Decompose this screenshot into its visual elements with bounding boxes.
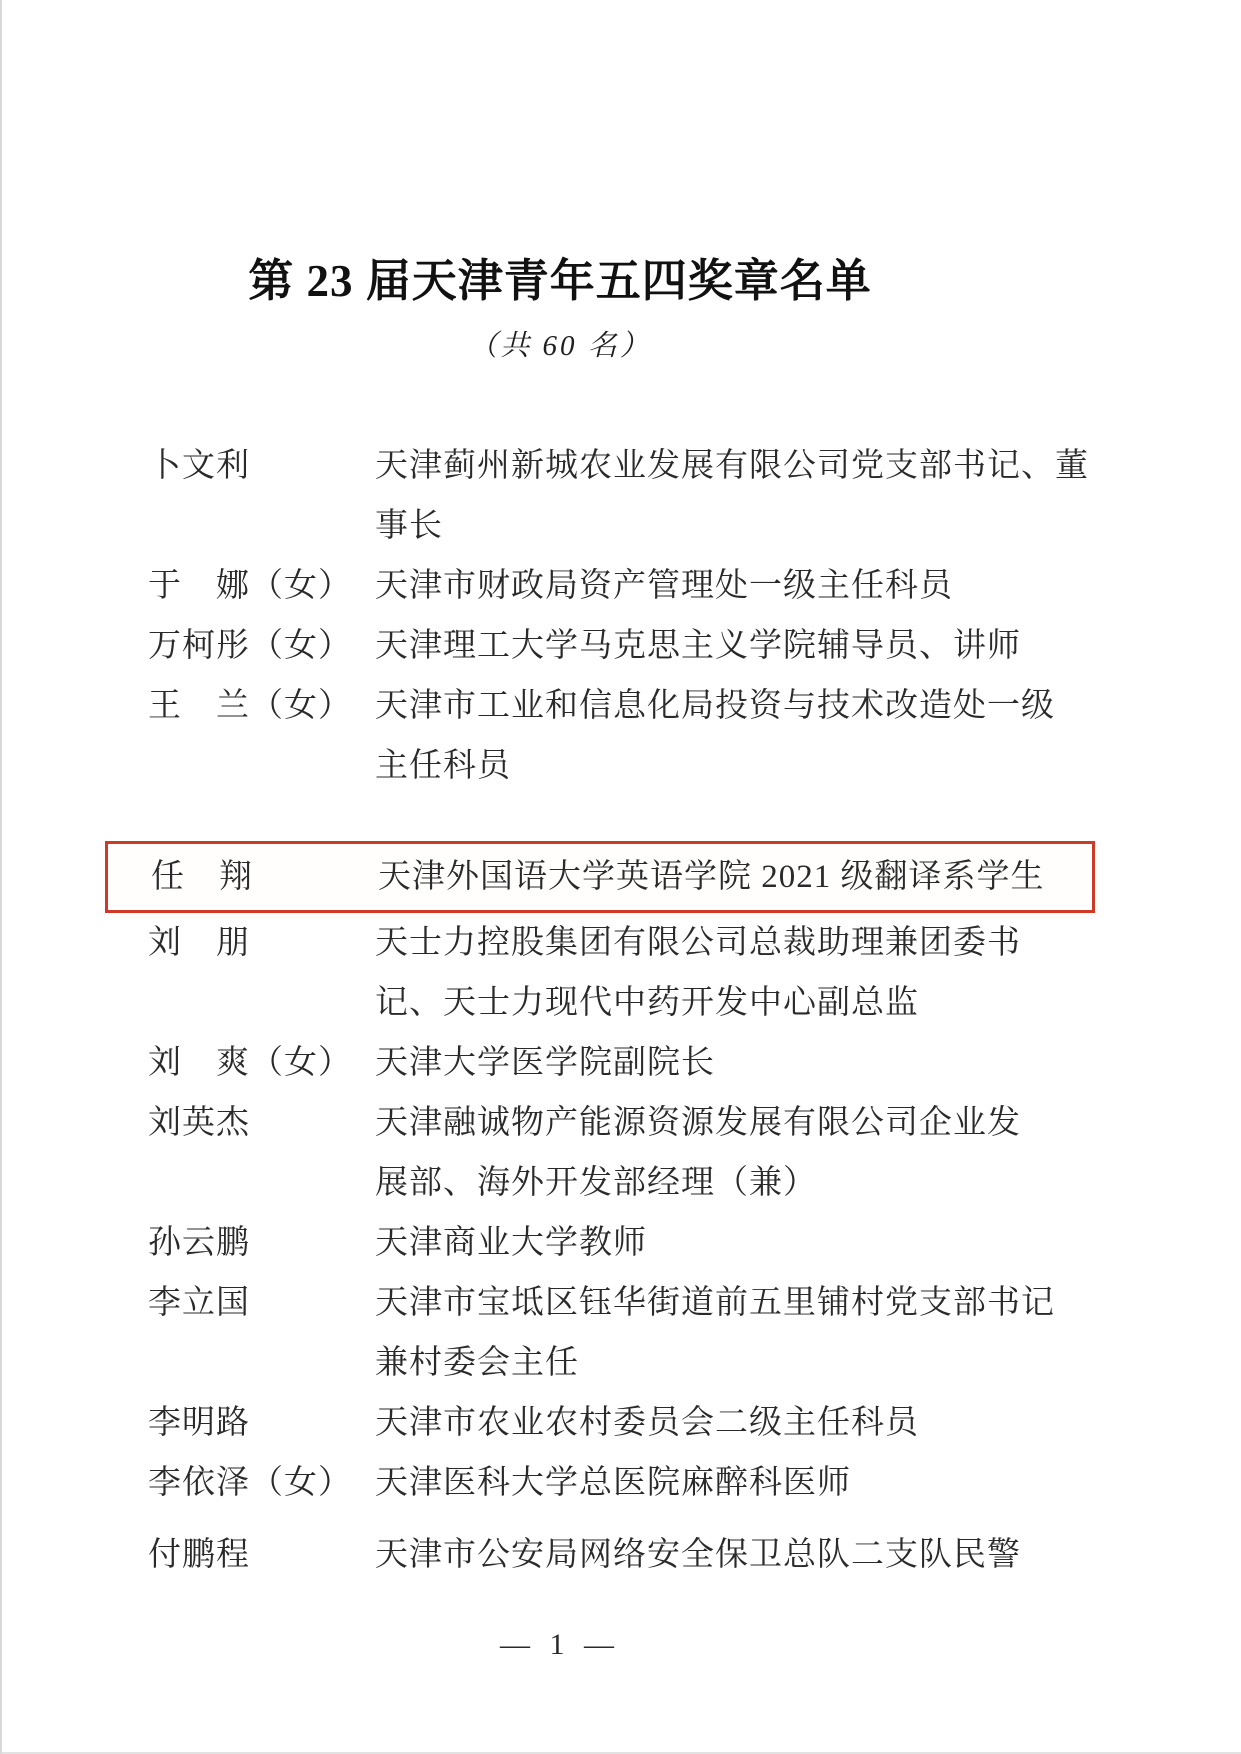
list-item: 刘英杰 天津融诚物产能源资源发展有限公司企业发 展部、海外开发部经理（兼） (0, 1093, 1241, 1213)
recipient-title-line: 天津市公安局网络安全保卫总队二支队民警 (375, 1525, 1115, 1585)
recipient-title: 天津融诚物产能源资源发展有限公司企业发 展部、海外开发部经理（兼） (375, 1093, 1115, 1213)
recipient-title-line: 事长 (375, 496, 1115, 556)
recipient-name: 王 兰（女） (148, 676, 375, 796)
recipient-title-line: 天津市宝坻区钰华街道前五里铺村党支部书记 (375, 1273, 1115, 1333)
recipient-title-line: 天津理工大学马克思主义学院辅导员、讲师 (375, 616, 1115, 676)
recipient-name: 卜文利 (148, 436, 375, 556)
recipient-title-line: 天津蓟州新城农业发展有限公司党支部书记、董 (375, 436, 1115, 496)
recipient-name: 于 娜（女） (148, 556, 375, 616)
recipient-name: 孙云鹏 (148, 1213, 375, 1273)
recipient-title-line: 兼村委会主任 (375, 1333, 1115, 1393)
recipient-title-line: 天津市工业和信息化局投资与技术改造处一级 (375, 676, 1115, 736)
list-item: 王 兰（女） 天津市工业和信息化局投资与技术改造处一级 主任科员 (0, 676, 1241, 796)
recipient-title-line: 天士力控股集团有限公司总裁助理兼团委书 (375, 913, 1115, 973)
recipient-title: 天津市财政局资产管理处一级主任科员 (375, 556, 1115, 616)
recipient-title-line: 天津市财政局资产管理处一级主任科员 (375, 556, 1115, 616)
recipient-name: 付鹏程 (148, 1525, 375, 1585)
title-block: 第 23 届天津青年五四奖章名单 （共 60 名） (0, 0, 1120, 366)
list-item: 李明路 天津市农业农村委员会二级主任科员 (0, 1393, 1241, 1453)
page-subtitle: （共 60 名） (0, 326, 1120, 366)
recipient-title: 天津外国语大学英语学院 2021 级翻译系学生 (378, 844, 1092, 910)
award-recipient-list: 卜文利 天津蓟州新城农业发展有限公司党支部书记、董 事长 于 娜（女） 天津市财… (0, 436, 1241, 1585)
highlight-box: 任 翔 天津外国语大学英语学院 2021 级翻译系学生 (105, 841, 1095, 913)
list-item: 刘 朋 天士力控股集团有限公司总裁助理兼团委书 记、天士力现代中药开发中心副总监 (0, 913, 1241, 1033)
recipient-title-line: 天津大学医学院副院长 (375, 1033, 1115, 1093)
page-number: — 1 — (0, 1625, 1120, 1665)
list-item: 孙云鹏 天津商业大学教师 (0, 1213, 1241, 1273)
list-item: 万柯彤（女） 天津理工大学马克思主义学院辅导员、讲师 (0, 616, 1241, 676)
list-item: 李依泽（女） 天津医科大学总医院麻醉科医师 (0, 1453, 1241, 1513)
recipient-title: 天津市公安局网络安全保卫总队二支队民警 (375, 1525, 1115, 1585)
recipient-name: 李立国 (148, 1273, 375, 1393)
recipient-title-line: 主任科员 (375, 736, 1115, 796)
recipient-name: 李依泽（女） (148, 1453, 375, 1513)
recipient-name: 李明路 (148, 1393, 375, 1453)
list-item: 刘 爽（女） 天津大学医学院副院长 (0, 1033, 1241, 1093)
recipient-name: 刘 爽（女） (148, 1033, 375, 1093)
recipient-title: 天津市宝坻区钰华街道前五里铺村党支部书记 兼村委会主任 (375, 1273, 1115, 1393)
document-page: 第 23 届天津青年五四奖章名单 （共 60 名） 卜文利 天津蓟州新城农业发展… (0, 0, 1241, 1754)
recipient-title: 天津市农业农村委员会二级主任科员 (375, 1393, 1115, 1453)
recipient-name: 万柯彤（女） (148, 616, 375, 676)
recipient-title: 天津医科大学总医院麻醉科医师 (375, 1453, 1115, 1513)
list-item: 李立国 天津市宝坻区钰华街道前五里铺村党支部书记 兼村委会主任 (0, 1273, 1241, 1393)
recipient-title-line: 天津市农业农村委员会二级主任科员 (375, 1393, 1115, 1453)
recipient-title: 天津蓟州新城农业发展有限公司党支部书记、董 事长 (375, 436, 1115, 556)
recipient-title: 天士力控股集团有限公司总裁助理兼团委书 记、天士力现代中药开发中心副总监 (375, 913, 1115, 1033)
recipient-title-line: 天津商业大学教师 (375, 1213, 1115, 1273)
list-item: 卜文利 天津蓟州新城农业发展有限公司党支部书记、董 事长 (0, 436, 1241, 556)
recipient-title-line: 天津融诚物产能源资源发展有限公司企业发 (375, 1093, 1115, 1153)
recipient-name: 刘 朋 (148, 913, 375, 1033)
list-item: 于 娜（女） 天津市财政局资产管理处一级主任科员 (0, 556, 1241, 616)
recipient-title-line: 天津外国语大学英语学院 2021 级翻译系学生 (378, 844, 1092, 910)
page-title: 第 23 届天津青年五四奖章名单 (0, 252, 1120, 310)
recipient-name: 刘英杰 (148, 1093, 375, 1213)
recipient-title-line: 天津医科大学总医院麻醉科医师 (375, 1453, 1115, 1513)
recipient-title: 天津市工业和信息化局投资与技术改造处一级 主任科员 (375, 676, 1115, 796)
recipient-title-line: 记、天士力现代中药开发中心副总监 (375, 973, 1115, 1033)
recipient-title: 天津大学医学院副院长 (375, 1033, 1115, 1093)
recipient-title-line: 展部、海外开发部经理（兼） (375, 1153, 1115, 1213)
recipient-title: 天津理工大学马克思主义学院辅导员、讲师 (375, 616, 1115, 676)
recipient-title: 天津商业大学教师 (375, 1213, 1115, 1273)
list-item-highlighted: 任 翔 天津外国语大学英语学院 2021 级翻译系学生 (108, 844, 1092, 910)
recipient-name: 任 翔 (151, 844, 378, 910)
list-item: 付鹏程 天津市公安局网络安全保卫总队二支队民警 (0, 1525, 1241, 1585)
